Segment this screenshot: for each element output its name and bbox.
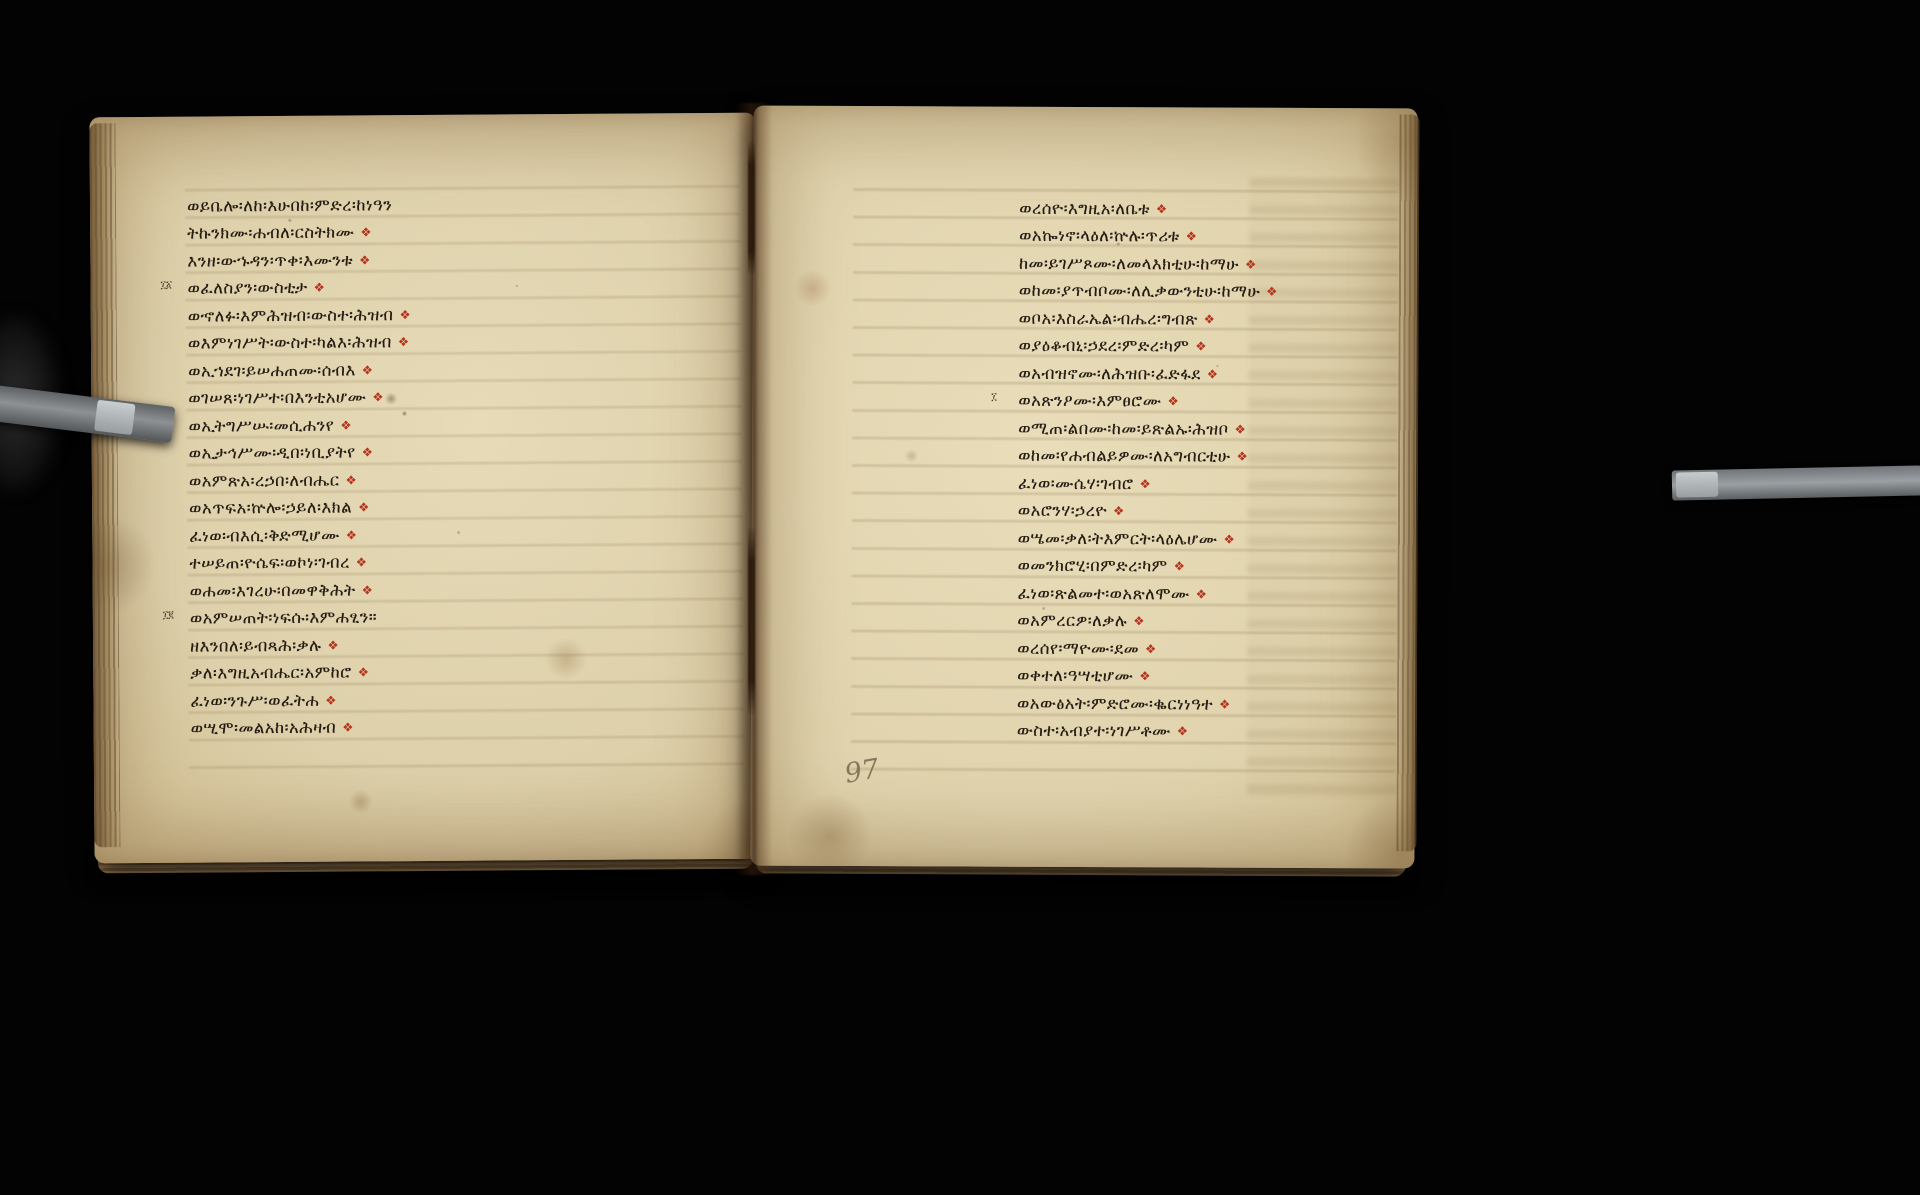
line-text: ፈነወ፡ሙሴሃ፡ገብሮ — [1018, 473, 1134, 494]
line-text: ወአምረርዎ፡ለቃሉ — [1017, 611, 1127, 631]
rubric-cross-mark: ❖ — [1139, 670, 1150, 683]
manuscript-line: ወአሮንሃ፡ኃረዮ ❖ — [1018, 497, 1277, 526]
manuscript-line: ከመ፡ይገሥጾሙ፡ለመላእክቲሁ፡ከማሁ ❖ — [1019, 250, 1278, 279]
line-text: ወአጽንዖሙ፡እምፀሮሙ — [1018, 391, 1161, 412]
manuscript-line: ወረሰዮ፡እግዚአ፡ለቤቱ ❖ — [1019, 195, 1278, 224]
rubric-cross-mark: ❖ — [1236, 451, 1247, 464]
rubric-cross-mark: ❖ — [340, 419, 351, 432]
rubric-cross-mark: ❖ — [325, 694, 336, 707]
line-text: ወአኰነኖ፡ላዕለ፡ኵሉ፡ጥሪቱ — [1019, 226, 1180, 247]
line-text: ፈነወ፡ብእሲ፡ቅድሚሆሙ — [189, 525, 340, 546]
rubric-cross-mark: ❖ — [1207, 368, 1218, 381]
rubric-cross-mark: ❖ — [1145, 643, 1156, 656]
fore-edge-left — [89, 123, 120, 847]
book-strap-right — [1672, 465, 1920, 500]
text-column-right: ወረሰዮ፡እግዚአ፡ለቤቱ ❖ ወአኰነኖ፡ላዕለ፡ኵሉ፡ጥሪቱ ❖ ከመ፡ይገ… — [1017, 195, 1278, 746]
rubric-cross-mark: ❖ — [1139, 478, 1150, 491]
line-text: ወረሰዮ፡እግዚአ፡ለቤቱ — [1019, 198, 1150, 219]
manuscript-line: ወሢሞ፡መልአከ፡አሕዛብ ❖ — [191, 714, 414, 743]
rubric-cross-mark: ❖ — [1204, 313, 1215, 326]
manuscript-line: ፈነወ፡ጽልመተ፡ወአጽለሞሙ ❖ — [1017, 580, 1276, 609]
manuscript-line: ወመንክሮሂ፡በምድረ፡ካም ❖ — [1018, 552, 1277, 581]
binding-stitch-top — [748, 141, 755, 275]
rubric-cross-mark: ❖ — [1156, 203, 1167, 216]
rubric-cross-mark: ❖ — [399, 309, 410, 322]
binding-stitch-middle — [748, 527, 755, 715]
manuscript-line: ወሚጠ፡ልበሙ፡ከመ፡ይጽልኡ፡ሕዝቦ ❖ — [1018, 415, 1277, 444]
rubric-cross-mark: ❖ — [362, 364, 373, 377]
manuscript-line: ወአውፅአት፡ምድሮሙ፡ቈርነነዓተ ❖ — [1017, 690, 1276, 719]
margin-numeral: ፲ — [991, 391, 996, 402]
rubric-cross-mark: ❖ — [1167, 395, 1178, 408]
manuscript-line: ወኢታኅሥሙ፡ዲበ፡ነቢያትየ ❖ — [189, 439, 412, 468]
line-text: ትኩንክሙ፡ሐብለ፡ርስትክሙ — [187, 223, 354, 244]
manuscript-line: ውስተ፡አብያተ፡ነገሥቶሙ ❖ — [1017, 717, 1276, 746]
manuscript-line: ወሤመ፡ቃለ፡ትእምርት፡ላዕሌሆሙ ❖ — [1018, 525, 1277, 554]
line-text: ከመ፡ይገሥጾሙ፡ለመላእክቲሁ፡ከማሁ — [1019, 253, 1239, 274]
rubric-cross-mark: ❖ — [360, 226, 371, 239]
line-text: ዘእንበለ፡ይብጻሕ፡ቃሉ — [190, 635, 321, 656]
line-text: ወይቤሎ፡ለከ፡እሁበከ፡ምድረ፡ከነዓን — [187, 195, 392, 216]
manuscript-line: ዘእንበለ፡ይብጻሕ፡ቃሉ ❖ — [190, 631, 413, 660]
line-text: ወኆለፉ፡እምሕዝብ፡ውስተ፡ሕዝብ — [188, 305, 394, 326]
manuscript-line: ወከመ፡የሐብልይዎሙ፡ለአግብርቲሁ ❖ — [1018, 442, 1277, 471]
line-text: ወያዕቆብኒ፡ኃደረ፡ምድረ፡ካም — [1019, 336, 1190, 357]
line-text: ወሐመ፡እገረሁ፡በመዋቅሕት — [190, 580, 356, 601]
line-text: ወሚጠ፡ልበሙ፡ከመ፡ይጽልኡ፡ሕዝቦ — [1018, 418, 1228, 439]
manuscript-line: ፈነወ፡ንጉሥ፡ወፈትሐ ❖ — [190, 686, 413, 715]
line-text: ወቀተለ፡ዓሣቲሆሙ — [1017, 666, 1133, 687]
manuscript-page-left: ወይቤሎ፡ለከ፡እሁበከ፡ምድረ፡ከነዓን ትኩንክሙ፡ሐብለ፡ርስትክሙ ❖ … — [89, 113, 760, 864]
fore-edge-right — [1396, 114, 1419, 851]
rubric-cross-mark: ❖ — [372, 391, 383, 404]
line-text: ወረሰየ፡ማዮሙ፡ደመ — [1017, 638, 1139, 659]
rubric-cross-mark: ❖ — [1113, 505, 1124, 518]
manuscript-photo: ወይቤሎ፡ለከ፡እሁበከ፡ምድረ፡ከነዓን ትኩንክሙ፡ሐብለ፡ርስትክሙ ❖ … — [0, 0, 1920, 1195]
line-text: ፈነወ፡ጽልመተ፡ወአጽለሞሙ — [1017, 583, 1189, 604]
rubric-cross-mark: ❖ — [1196, 588, 1207, 601]
manuscript-line: ወአጥፍአ፡ኵሎ፡ኃይለ፡እክል ❖ — [189, 494, 412, 523]
manuscript-line: ወያዕቆብኒ፡ኃደረ፡ምድረ፡ካም ❖ — [1019, 332, 1278, 361]
line-text: እንዘ፡ውኁዳን፡ጥቀ፡እሙንቱ — [187, 250, 353, 271]
page-number-pencil: 97 — [842, 753, 881, 789]
manuscript-line: ፈነወ፡ሙሴሃ፡ገብሮ ❖ — [1018, 470, 1277, 499]
manuscript-line: ፲፩ ወፈለስያን፡ውስቲታ ❖ — [188, 274, 411, 303]
manuscript-line: ተሠይጠ፡ዮሴፍ፡ወኮነ፡ገብረ ❖ — [189, 549, 412, 578]
line-text: ወአውፅአት፡ምድሮሙ፡ቈርነነዓተ — [1017, 693, 1213, 714]
line-text: ወሢሞ፡መልአከ፡አሕዛብ — [191, 718, 337, 739]
line-text: ወፈለስያን፡ውስቲታ — [188, 278, 308, 299]
rubric-cross-mark: ❖ — [362, 446, 373, 459]
manuscript-line: ፲፪ ወአምሠጠት፡ነፍሱ፡እምሐፂን። — [190, 604, 413, 633]
rubric-cross-mark: ❖ — [398, 336, 409, 349]
rubric-cross-mark: ❖ — [362, 584, 373, 597]
line-text: ውስተ፡አብያተ፡ነገሥቶሙ — [1017, 721, 1171, 742]
text-column-left: ወይቤሎ፡ለከ፡እሁበከ፡ምድረ፡ከነዓን ትኩንክሙ፡ሐብለ፡ርስትክሙ ❖ … — [187, 191, 414, 743]
manuscript-line: ፲ ወአጽንዖሙ፡እምፀሮሙ ❖ — [1018, 387, 1277, 416]
manuscript-line: ወቀተለ፡ዓሣቲሆሙ ❖ — [1017, 662, 1276, 691]
rubric-cross-mark: ❖ — [342, 722, 353, 735]
manuscript-page-right: ወረሰዮ፡እግዚአ፡ለቤቱ ❖ ወአኰነኖ፡ላዕለ፡ኵሉ፡ጥሪቱ ❖ ከመ፡ይገ… — [750, 106, 1417, 869]
line-text: ወከመ፡የሐብልይዎሙ፡ለአግብርቲሁ — [1018, 446, 1230, 467]
margin-numeral: ፲፪ — [163, 609, 174, 620]
line-text: ወገሠጸ፡ነገሥተ፡በእንቲአሆሙ — [188, 388, 366, 409]
line-text: ወከመ፡ያጥብቦሙ፡ለሊቃውንቲሁ፡ከማሁ — [1019, 281, 1260, 302]
manuscript-line: ወሐመ፡እገረሁ፡በመዋቅሕት ❖ — [190, 576, 413, 605]
manuscript-line: እንዘ፡ውኁዳን፡ጥቀ፡እሙንቱ ❖ — [187, 246, 410, 275]
line-text: ተሠይጠ፡ዮሴፍ፡ወኮነ፡ገብረ — [189, 553, 349, 574]
rubric-cross-mark: ❖ — [358, 666, 369, 679]
line-text: ወእምነገሥት፡ውስተ፡ካልእ፡ሕዝብ — [188, 332, 392, 353]
manuscript-line: ፈነወ፡ብእሲ፡ቅድሚሆሙ ❖ — [189, 521, 412, 550]
rubric-cross-mark: ❖ — [314, 282, 325, 295]
manuscript-line: ቃለ፡እግዚአብሔር፡አምከሮ ❖ — [190, 659, 413, 688]
manuscript-line: ወከመ፡ያጥብቦሙ፡ለሊቃውንቲሁ፡ከማሁ ❖ — [1019, 277, 1278, 306]
line-text: ወኢኀደገ፡ይሠሐጠሙ፡ሰብእ — [188, 360, 356, 381]
rubric-cross-mark: ❖ — [1174, 560, 1185, 573]
line-text: ቃለ፡እግዚአብሔር፡አምከሮ — [190, 663, 352, 684]
line-text: ወመንክሮሂ፡በምድረ፡ካም — [1018, 556, 1168, 577]
manuscript-line: ወቦአ፡እስራኤል፡ብሔረ፡ግብጽ ❖ — [1019, 305, 1278, 334]
manuscript-line: ወረሰየ፡ማዮሙ፡ደመ ❖ — [1017, 635, 1276, 664]
manuscript-line: ወኢኀደገ፡ይሠሐጠሙ፡ሰብእ ❖ — [188, 356, 411, 385]
line-text: ወአምሠጠት፡ነፍሱ፡እምሐፂን። — [190, 608, 377, 629]
manuscript-line: ወአምጽአ፡ረኃበ፡ለብሔር ❖ — [189, 466, 412, 495]
line-text: ወአሮንሃ፡ኃረዮ — [1018, 501, 1107, 521]
rubric-cross-mark: ❖ — [1266, 286, 1277, 299]
line-text: ወአብዝኖሙ፡ለሕዝቡ፡ፈድፋደ — [1018, 363, 1200, 384]
line-text: ፈነወ፡ንጉሥ፡ወፈትሐ — [190, 690, 319, 711]
line-text: ወኢታኅሥሙ፡ዲበ፡ነቢያትየ — [189, 443, 356, 464]
rubric-cross-mark: ❖ — [1245, 258, 1256, 271]
line-text: ወሤመ፡ቃለ፡ትእምርት፡ላዕሌሆሙ — [1018, 528, 1218, 549]
rubric-cross-mark: ❖ — [1177, 725, 1188, 738]
manuscript-line: ወገሠጸ፡ነገሥተ፡በእንቲአሆሙ ❖ — [188, 384, 411, 413]
manuscript-line: ወአምረርዎ፡ለቃሉ ❖ — [1017, 607, 1276, 636]
rubric-cross-mark: ❖ — [1195, 340, 1206, 353]
line-text: ወኢትግሥሡ፡መሲሐንየ — [188, 415, 334, 436]
manuscript-line: ትኩንክሙ፡ሐብለ፡ርስትክሙ ❖ — [187, 219, 410, 248]
manuscript-line: ወአኰነኖ፡ላዕለ፡ኵሉ፡ጥሪቱ ❖ — [1019, 222, 1278, 251]
line-text: ወአጥፍአ፡ኵሎ፡ኃይለ፡እክል — [189, 498, 352, 519]
margin-numeral: ፲፩ — [161, 279, 173, 290]
rubric-cross-mark: ❖ — [358, 501, 369, 514]
manuscript-line: ወአብዝኖሙ፡ለሕዝቡ፡ፈድፋደ ❖ — [1018, 360, 1277, 389]
rubric-cross-mark: ❖ — [1223, 533, 1234, 546]
line-text: ወቦአ፡እስራኤል፡ብሔረ፡ግብጽ — [1019, 308, 1198, 329]
rubric-cross-mark: ❖ — [356, 556, 367, 569]
rubric-cross-mark: ❖ — [1186, 230, 1197, 243]
manuscript-line: ወእምነገሥት፡ውስተ፡ካልእ፡ሕዝብ ❖ — [188, 329, 411, 358]
strap-clasp-right — [1676, 472, 1719, 498]
rubric-cross-mark: ❖ — [1219, 698, 1230, 711]
manuscript-line: ወኆለፉ፡እምሕዝብ፡ውስተ፡ሕዝብ ❖ — [188, 301, 411, 330]
rubric-cross-mark: ❖ — [1235, 423, 1246, 436]
rubric-cross-mark: ❖ — [359, 254, 370, 267]
rubric-cross-mark: ❖ — [327, 639, 338, 652]
rubric-cross-mark: ❖ — [345, 474, 356, 487]
rubric-cross-mark: ❖ — [346, 529, 357, 542]
manuscript-line: ወኢትግሥሡ፡መሲሐንየ ❖ — [188, 411, 411, 440]
open-manuscript-book: ወይቤሎ፡ለከ፡እሁበከ፡ምድረ፡ከነዓን ትኩንክሙ፡ሐብለ፡ርስትክሙ ❖ … — [88, 103, 1420, 875]
strap-clasp-left — [94, 400, 135, 435]
rubric-cross-mark: ❖ — [1133, 615, 1144, 628]
line-text: ወአምጽአ፡ረኃበ፡ለብሔር — [189, 470, 340, 491]
manuscript-line: ወይቤሎ፡ለከ፡እሁበከ፡ምድረ፡ከነዓን — [187, 191, 410, 220]
